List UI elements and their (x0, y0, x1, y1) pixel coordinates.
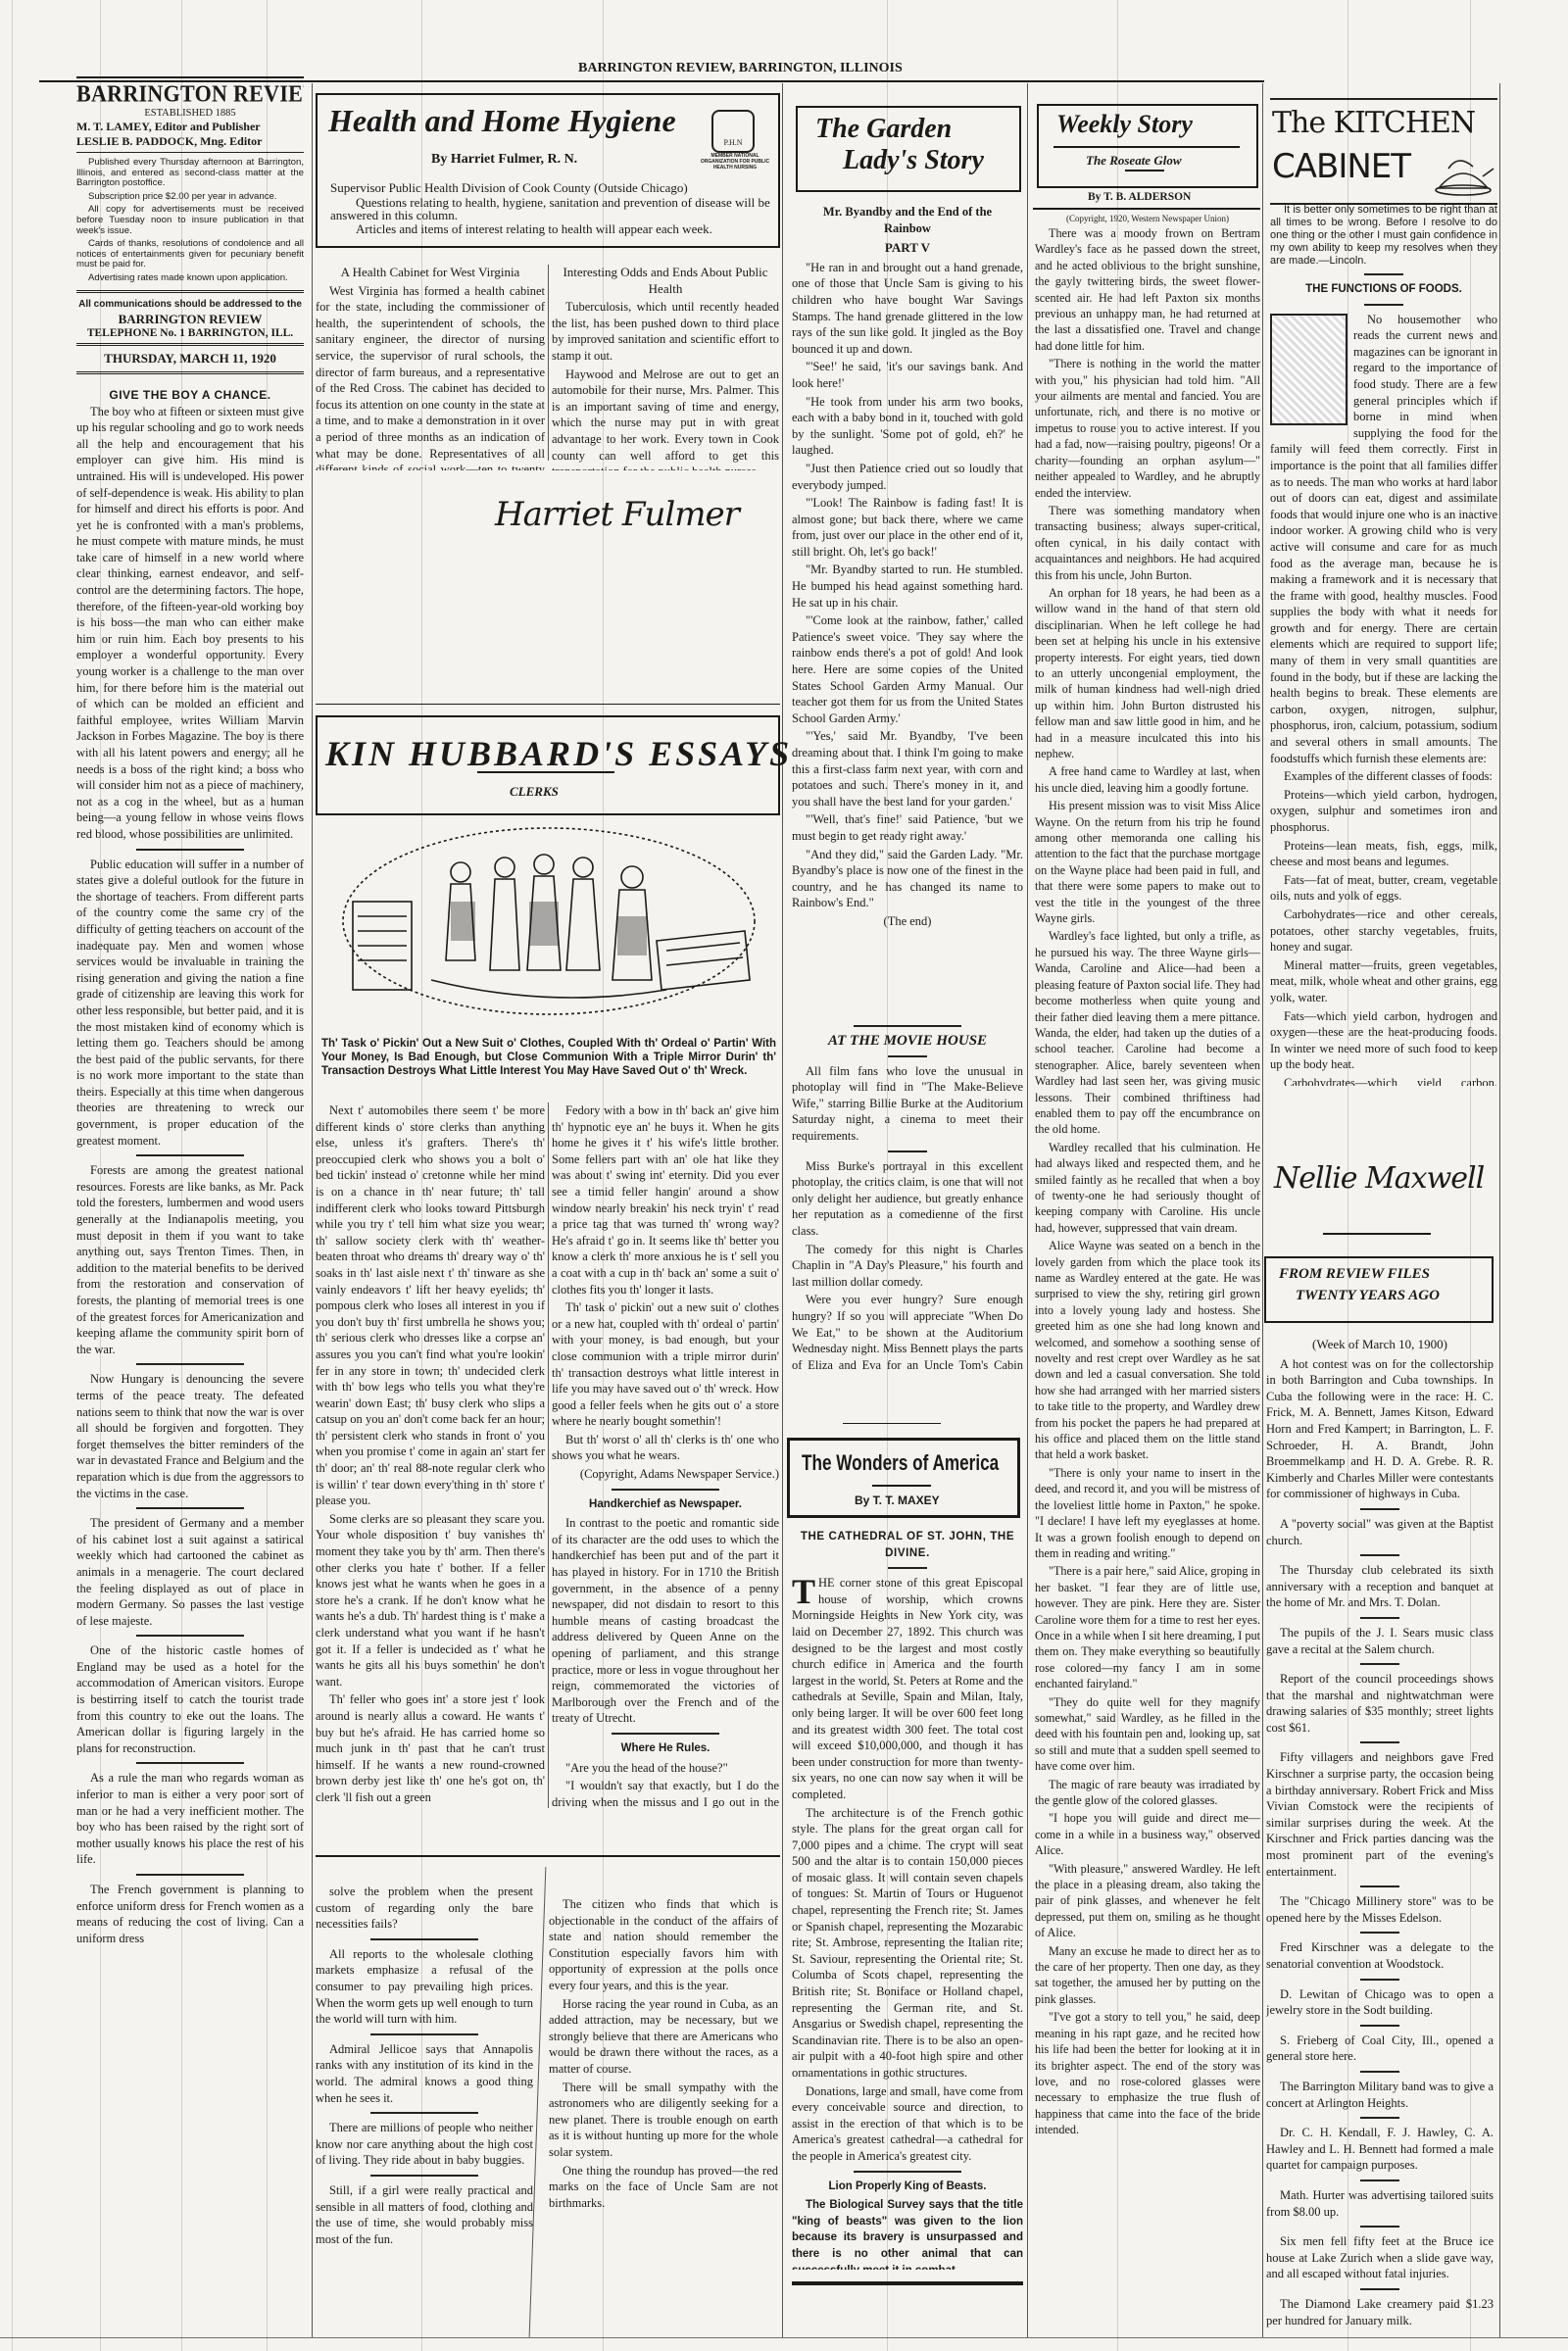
weekly-story-paragraph: His present mission was to visit Miss Al… (1035, 798, 1260, 926)
weekly-story-paragraph: There was a moody frown on Bertram Wardl… (1035, 225, 1260, 354)
garden-paragraph: "And they did," said the Garden Lady. "M… (792, 847, 1023, 911)
column-divider (1027, 83, 1028, 2337)
health-intro-2: Articles and items of interest relating … (330, 222, 771, 235)
hubbard-cartoon-caption: Th' Task o' Pickin' Out a New Suit o' Cl… (321, 1037, 776, 1078)
kitchen-title-line-2: CABINET (1272, 147, 1410, 186)
kitchen-paragraph: Fats—fat of meat, butter, cream, vegetab… (1270, 872, 1497, 905)
health-right-text: Tuberculosis, which until recently heade… (552, 299, 779, 364)
weekly-story-copyright: (Copyright, 1920, Western Newspaper Unio… (1035, 214, 1260, 223)
cathedral-text: THE corner stone of this great Episcopal… (792, 1575, 1023, 1802)
review-item: Six men fell fifty feet at the Bruce ice… (1266, 2233, 1494, 2282)
clerks-cartoon-drawing (333, 823, 764, 1019)
editorial-body: The boy who at fifteen or sixteen must g… (76, 404, 304, 2236)
telephone: TELEPHONE No. 1 BARRINGTON, ILL. (76, 327, 304, 339)
editorial-paragraph: There will be small sympathy with the as… (549, 2080, 778, 2161)
functions-of-foods-heading: THE FUNCTIONS OF FOODS. (1270, 281, 1497, 298)
hubbard-column-1: Next t' automobiles there seem t' be mor… (316, 1102, 545, 1808)
masthead-title: BARRINGTON REVIEW (76, 80, 304, 109)
garden-end: (The end) (792, 913, 1023, 930)
issue-date: THURSDAY, MARCH 11, 1920 (76, 351, 304, 367)
wonders-byline: By T. T. MAXEY (855, 1494, 940, 1507)
review-files-week: (Week of March 10, 1900) (1266, 1337, 1494, 1353)
review-item: The "Chicago Millinery store" was to be … (1266, 1893, 1494, 1926)
kitchen-paragraph: Carbohydrates—which yield carbon, hydrog… (1270, 1075, 1497, 1086)
where-he-rules-question: "Are you the head of the house?" (552, 1760, 779, 1777)
wonders-article: THE CATHEDRAL OF ST. JOHN, THE DIVINE. T… (792, 1525, 1023, 2270)
review-item: The Thursday club celebrated its sixth a… (1266, 1562, 1494, 1611)
review-item: Report of the council proceedings shows … (1266, 1671, 1494, 1736)
health-title: Health and Home Hygiene (328, 103, 676, 139)
review-item: D. Lewitan of Chicago was to open a jewe… (1266, 1986, 1494, 2019)
phn-emblem-label: MEMBER NATIONAL ORGANIZATION FOR PUBLIC … (692, 153, 778, 171)
weekly-story-text: There was a moody frown on Bertram Wardl… (1035, 225, 1260, 2138)
lincoln-quote: It is better only sometimes to be right … (1270, 204, 1497, 268)
health-right-text-2: Haywood and Melrose are out to get an au… (552, 367, 779, 470)
health-intro-1: Questions relating to health, hygiene, s… (330, 196, 771, 221)
masthead-mng-editor: LESLIE B. PADDOCK, Mng. Editor (76, 134, 304, 153)
editorial-paragraph: The boy who at fifteen or sixteen must g… (76, 404, 304, 843)
masthead-notice: All copy for advertisements must be rece… (76, 205, 304, 236)
weekly-story-paragraph: "There is only your name to insert in th… (1035, 1465, 1260, 1561)
movie-paragraph: Were you ever hungry? Sure enough hungry… (792, 1292, 1023, 1372)
review-item: Math. Hurter was advertising tailored su… (1266, 2187, 1494, 2220)
kitchen-paragraph: Carbohydrates—rice and other cereals, po… (1270, 906, 1497, 955)
review-item: The pupils of the J. I. Sears music clas… (1266, 1625, 1494, 1657)
weekly-story-paragraph: Wardley's face lighted, but only a trifl… (1035, 928, 1260, 1137)
separator-rule (370, 2033, 478, 2035)
weekly-story-paragraph: "They do quite well for they magnify som… (1035, 1694, 1260, 1775)
review-item: The Barrington Military band was to give… (1266, 2079, 1494, 2111)
health-byline: By Harriet Fulmer, R. N. (431, 152, 577, 168)
masthead-notice: Subscription price $2.00 per year in adv… (76, 192, 304, 203)
separator-rule (1360, 1886, 1399, 1887)
hubbard-text: Fedory with a bow in th' back an' give h… (552, 1102, 779, 1298)
review-item: Dr. C. H. Kendall, F. J. Hawley, C. A. H… (1266, 2125, 1494, 2174)
hubbard-text: Next t' automobiles there seem t' be mor… (316, 1102, 545, 1509)
separator-rule (1360, 1617, 1399, 1619)
garden-text: "He ran in and brought out a hand grenad… (792, 260, 1023, 911)
review-files-title-1: FROM REVIEW FILES (1279, 1266, 1430, 1283)
kitchen-cabinet-body: It is better only sometimes to be right … (1270, 204, 1497, 1086)
review-item: A hot contest was on for the collectorsh… (1266, 1356, 1494, 1502)
harriet-fulmer-signature: Harriet Fulmer (495, 495, 739, 534)
weekly-story-paragraph: An orphan for 18 years, he had been as a… (1035, 585, 1260, 761)
separator-rule (1360, 2180, 1399, 2181)
review-item: Fred Kirschner was a delegate to the sen… (1266, 1939, 1494, 1972)
editorial-heading: GIVE THE BOY A CHANCE. (76, 388, 304, 402)
bottom-rule (0, 2337, 1568, 2338)
separator-rule (1360, 2288, 1399, 2290)
hubbard-text: But th' worst o' all th' clerks is th' o… (552, 1432, 779, 1464)
garden-paragraph: "'See!' he said, 'it's our savings bank.… (792, 359, 1023, 391)
garden-title-line-1: The Garden (815, 114, 952, 145)
editorial-paragraph: All reports to the wholesale clothing ma… (316, 1946, 533, 2028)
review-item: The Diamond Lake creamery paid $1.23 per… (1266, 2296, 1494, 2328)
separator-rule (1360, 1979, 1399, 1981)
editorial-paragraph: Public education will suffer in a number… (76, 857, 304, 1150)
garden-paragraph: "'Well, that's fine!' said Patience, 'bu… (792, 811, 1023, 844)
hubbard-column-2: Fedory with a bow in th' back an' give h… (552, 1102, 779, 1808)
masthead-notice: Published every Thursday afternoon at Ba… (76, 158, 304, 189)
drop-cap: T (792, 1577, 815, 1606)
hubbard-title: KIN HUBBARD'S ESSAYS (325, 733, 792, 774)
kitchen-paragraph: Proteins—lean meats, fish, eggs, milk, c… (1270, 838, 1497, 870)
kitchen-cabinet-header: The KITCHEN CABINET (1270, 98, 1497, 205)
review-files-body: (Week of March 10, 1900) A hot contest w… (1266, 1333, 1494, 2342)
editorial-paragraph: One of the historic castle homes of Engl… (76, 1642, 304, 1756)
weekly-story-byline: By T. B. ALDERSON (1088, 191, 1191, 203)
kitchen-paragraph: Fats—which yield carbon, hydrogen and ox… (1270, 1008, 1497, 1073)
garden-paragraph: "'Yes,' said Mr. Byandby, 'I've been dre… (792, 728, 1023, 809)
address-intro: All communications should be addressed t… (76, 299, 304, 310)
handkerchief-text: In contrast to the poetic and romantic s… (552, 1515, 779, 1727)
review-item: S. Frieberg of Coal City, Ill., opened a… (1266, 2033, 1494, 2065)
cathedral-text: The architecture is of the French gothic… (792, 1805, 1023, 2082)
separator-rule (136, 1635, 244, 1637)
garden-paragraph: "'Come look at the rainbow, father,' cal… (792, 612, 1023, 726)
lion-heading: Lion Properly King of Beasts. (792, 2179, 1023, 2195)
weekly-story-title: Weekly Story (1056, 110, 1193, 139)
separator-rule (370, 2175, 478, 2177)
column-divider (1262, 83, 1263, 2337)
lower-editorials-left: solve the problem when the present custo… (316, 1884, 533, 2344)
separator-rule (136, 1363, 244, 1365)
cathedral-text: Donations, large and small, have come fr… (792, 2083, 1023, 2165)
movie-paragraph: Miss Burke's portrayal in this excellent… (792, 1158, 1023, 1240)
masthead-notice: Advertising rates made known upon applic… (76, 273, 304, 284)
editorial-paragraph: Still, if a girl were really practical a… (316, 2182, 533, 2247)
hubbard-text: Some clerks are so pleasant they scare y… (316, 1511, 545, 1690)
masthead-established: ESTABLISHED 1885 (76, 108, 304, 119)
weekly-story-paragraph: Wardley recalled that his culmination. H… (1035, 1140, 1260, 1236)
weekly-story-paragraph: A free hand came to Wardley at last, whe… (1035, 763, 1260, 796)
weekly-story-paragraph: "I hope you will guide and direct me—com… (1035, 1810, 1260, 1858)
garden-part: PART V (792, 240, 1023, 257)
garden-paragraph: "He took from under his arm two books, e… (792, 394, 1023, 459)
column-divider (1499, 83, 1500, 2337)
separator-rule (370, 2112, 478, 2114)
movie-paragraph: All film fans who love the unusual in ph… (792, 1063, 1023, 1145)
garden-story: Mr. Byandby and the End of the Rainbow P… (792, 200, 1023, 1013)
column-divider (782, 83, 783, 2337)
masthead-notice: Cards of thanks, resolutions of condolen… (76, 239, 304, 270)
cook-illustration (1270, 314, 1347, 425)
lion-text: The Biological Survey says that the titl… (792, 2197, 1023, 2270)
separator-rule (136, 849, 244, 851)
running-head: BARRINGTON REVIEW, BARRINGTON, ILLINOIS (578, 61, 903, 76)
scan-artifact (12, 0, 13, 2351)
health-right-article: Interesting Odds and Ends About Public H… (552, 265, 779, 470)
movie-house-heading: AT THE MOVIE HOUSE (792, 1033, 1023, 1050)
kettle-icon (1429, 149, 1497, 198)
wonders-title: The Wonders of America (802, 1450, 1001, 1476)
editorial-paragraph: There are millions of people who neither… (316, 2120, 533, 2169)
kitchen-title-line-1: The KITCHEN (1272, 106, 1475, 140)
weekly-story-body: (Copyright, 1920, Western Newspaper Unio… (1035, 214, 1260, 2335)
separator-rule (1360, 2117, 1399, 2119)
kitchen-paragraph: Mineral matter—fruits, green vegetables,… (1270, 957, 1497, 1006)
editorial-paragraph: solve the problem when the present custo… (316, 1884, 533, 1933)
weekly-story-paragraph: There was something mandatory when trans… (1035, 503, 1260, 583)
health-left-article: A Health Cabinet for West Virginia West … (316, 265, 545, 470)
hubbard-subtitle: CLERKS (510, 784, 559, 800)
separator-rule (136, 1154, 244, 1156)
address-name: BARRINGTON REVIEW (76, 312, 304, 327)
where-he-rules-answer: "I wouldn't say that exactly, but I do t… (552, 1778, 779, 1808)
editorial-paragraph: The president of Germany and a member of… (76, 1515, 304, 1629)
kitchen-paragraph: Examples of the different classes of foo… (1270, 768, 1497, 785)
weekly-story-paragraph: "There is a pair here," said Alice, grop… (1035, 1563, 1260, 1691)
garden-paragraph: "Just then Patience cried out so loudly … (792, 461, 1023, 493)
editorial-paragraph: The citizen who finds that which is obje… (549, 1896, 778, 1994)
phn-emblem-letters: P.H.N (723, 138, 742, 147)
editorial-paragraph: Forests are among the greatest national … (76, 1162, 304, 1357)
health-left-text: West Virginia has formed a health cabine… (316, 283, 545, 470)
separator-rule (136, 1507, 244, 1509)
editorial-paragraph: Now Hungary is denouncing the severe ter… (76, 1371, 304, 1501)
phn-emblem: P.H.N (711, 110, 755, 153)
editorial-paragraph: Horse racing the year round in Cuba, as … (549, 1996, 778, 2078)
health-right-heading: Interesting Odds and Ends About Public H… (552, 265, 779, 297)
separator-rule (1360, 1508, 1399, 1510)
separator-rule (1360, 2071, 1399, 2073)
separator-rule (136, 1874, 244, 1876)
editorial-paragraph: One thing the roundup has proved—the red… (549, 2163, 778, 2212)
review-item: Fifty villagers and neighbors gave Fred … (1266, 1749, 1494, 1880)
separator-rule (1360, 1663, 1399, 1665)
clerks-cartoon-illustration (333, 823, 764, 1019)
editorial-paragraph: Admiral Jellicoe says that Annapolis ran… (316, 2041, 533, 2106)
health-left-heading: A Health Cabinet for West Virginia (316, 265, 545, 281)
review-item: A "poverty social" was given at the Bapt… (1266, 1516, 1494, 1548)
separator-rule (1360, 2025, 1399, 2027)
weekly-story-subtitle: The Roseate Glow (1086, 153, 1182, 169)
hubbard-text: Th' task o' pickin' out a new suit o' cl… (552, 1299, 779, 1430)
separator-rule (1360, 1741, 1399, 1743)
garden-subtitle: Mr. Byandby and the End of the Rainbow (792, 204, 1023, 236)
hubbard-text: Th' feller who goes int' a store jest t'… (316, 1691, 545, 1805)
movie-house-section: AT THE MOVIE HOUSE All film fans who lov… (792, 1019, 1023, 1372)
masthead-notices: Published every Thursday afternoon at Ba… (76, 158, 304, 284)
review-files-items: A hot contest was on for the collectorsh… (1266, 1356, 1494, 2329)
editorial-paragraph: As a rule the man who regards woman as i… (76, 1770, 304, 1868)
hubbard-copyright: (Copyright, Adams Newspaper Service.) (552, 1466, 779, 1483)
weekly-story-paragraph: The magic of rare beauty was irradiated … (1035, 1777, 1260, 1809)
garden-paragraph: "Mr. Byandby started to run. He stumbled… (792, 562, 1023, 611)
separator-rule (136, 1762, 244, 1764)
separator-rule (1360, 1554, 1399, 1556)
masthead-editor: M. T. LAMEY, Editor and Publisher (76, 120, 304, 134)
weekly-story-paragraph: "I've got a story to tell you," he said,… (1035, 2009, 1260, 2137)
weekly-story-paragraph: "With pleasure," answered Wardley. He le… (1035, 1861, 1260, 1941)
weekly-story-paragraph: Many an excuse he made to direct her as … (1035, 1943, 1260, 2008)
garden-title-line-2: Lady's Story (843, 145, 984, 176)
garden-paragraph: "He ran in and brought out a hand grenad… (792, 260, 1023, 358)
weekly-story-paragraph: Alice Wayne was seated on a bench in the… (1035, 1238, 1260, 1463)
handkerchief-heading: Handkerchief as Newspaper. (552, 1496, 779, 1513)
review-files-title-2: TWENTY YEARS AGO (1296, 1288, 1440, 1304)
kitchen-paragraph: Proteins—which yield carbon, hydrogen, o… (1270, 787, 1497, 836)
nellie-maxwell-signature: Nellie Maxwell (1274, 1161, 1484, 1196)
lower-editorials-right: The citizen who finds that which is obje… (549, 1896, 778, 2342)
masthead: BARRINGTON REVIEW ESTABLISHED 1885 M. T.… (76, 76, 304, 2236)
column-divider (312, 83, 313, 2337)
where-he-rules-heading: Where He Rules. (552, 1740, 779, 1757)
weekly-story-paragraph: "There is nothing in the world the matte… (1035, 356, 1260, 501)
movie-paragraph: The comedy for this night is Charles Cha… (792, 1242, 1023, 1291)
health-position: Supervisor Public Health Division of Coo… (330, 180, 688, 196)
cathedral-heading: THE CATHEDRAL OF ST. JOHN, THE DIVINE. (792, 1529, 1023, 1561)
separator-rule (1360, 2226, 1399, 2228)
garden-paragraph: "'Look! The Rainbow is fading fast! It i… (792, 495, 1023, 560)
separator-rule (370, 1938, 478, 1940)
kitchen-text: No housemother who reads the current new… (1270, 312, 1497, 1086)
separator-rule (1360, 1932, 1399, 1934)
editorial-paragraph: The French government is planning to enf… (76, 1882, 304, 1946)
